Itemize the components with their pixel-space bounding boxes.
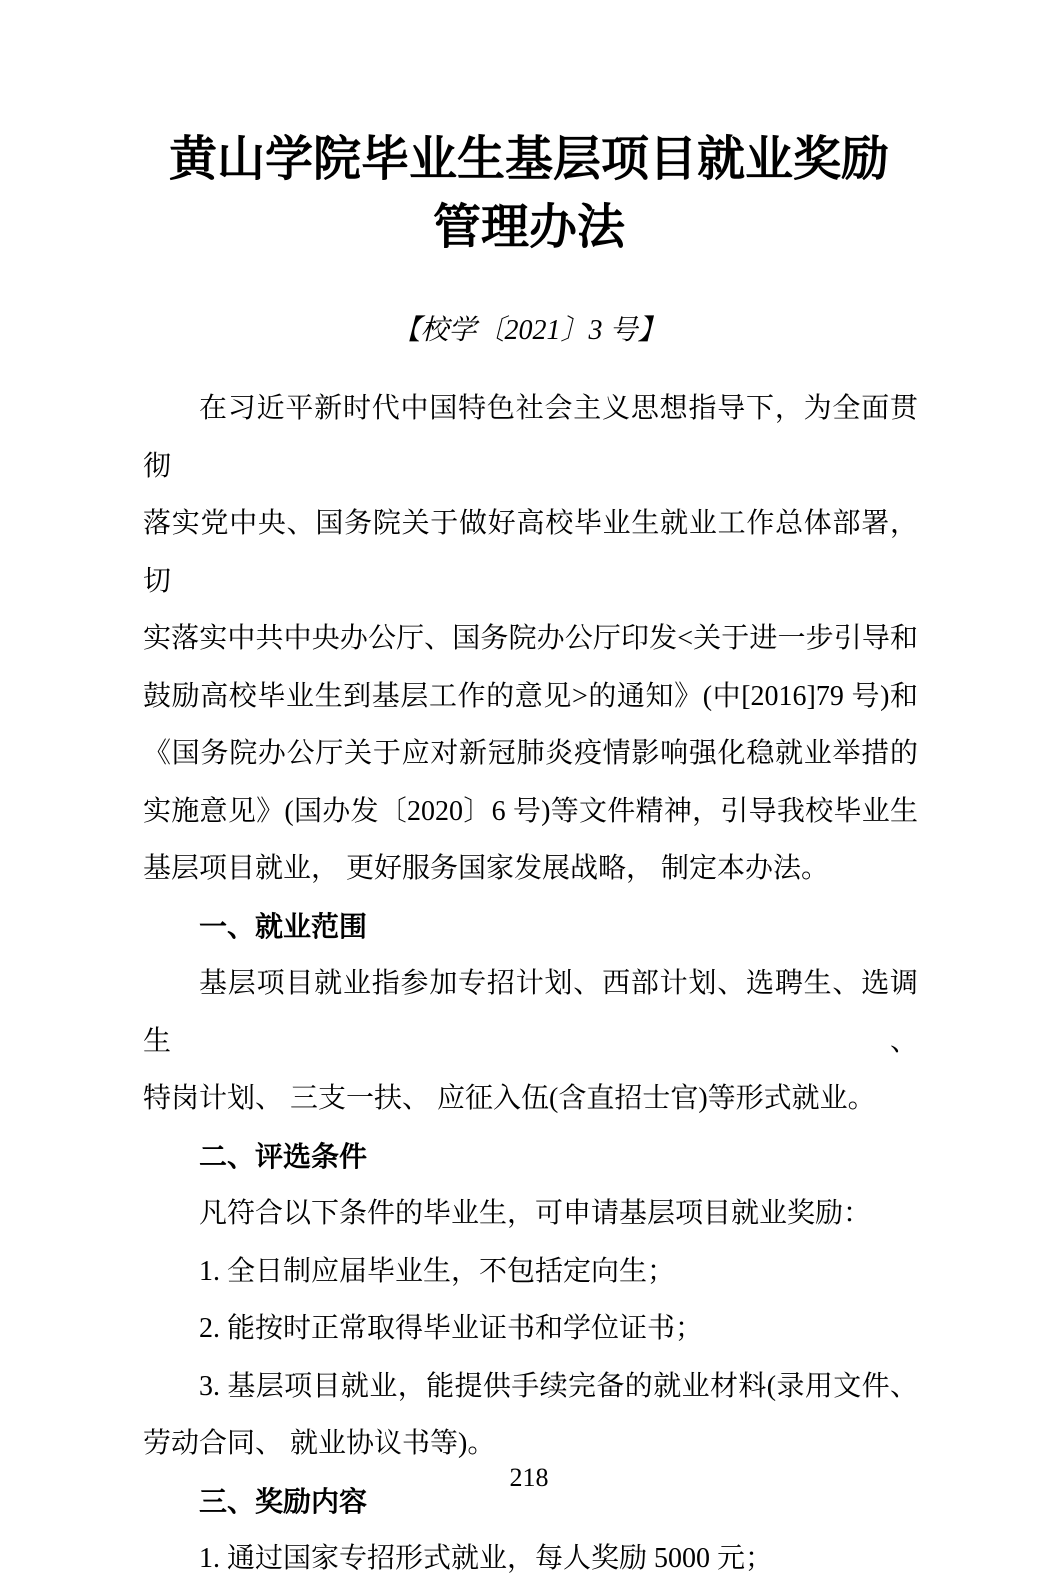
body-line: 基层项目就业， 更好服务国家发展战略， 制定本办法。 [143, 840, 918, 898]
body-line: 特岗计划、 三支一扶、 应征入伍(含直招士官)等形式就业。 [143, 1070, 918, 1128]
body-line: 基层项目就业指参加专招计划、西部计划、选聘生、选调生、 [143, 955, 918, 1070]
body-line: 鼓励高校毕业生到基层工作的意见>的通知》(中[2016]79 号)和 [143, 668, 918, 726]
body-line: 《国务院办公厅关于应对新冠肺炎疫情影响强化稳就业举措的 [143, 725, 918, 783]
body-line: 在习近平新时代中国特色社会主义思想指导下，为全面贯彻 [143, 380, 918, 495]
body-line: 3. 基层项目就业，能提供手续完备的就业材料(录用文件、 [143, 1358, 918, 1416]
body-line: 1. 全日制应届毕业生，不包括定向生； [143, 1243, 918, 1301]
body-line: 1. 通过国家专招形式就业，每人奖励 5000 元； [143, 1530, 918, 1588]
page-title-line2: 管理办法 [70, 194, 988, 262]
document-body: 在习近平新时代中国特色社会主义思想指导下，为全面贯彻落实党中央、国务院关于做好高… [143, 380, 918, 1588]
body-line: 凡符合以下条件的毕业生，可申请基层项目就业奖励： [143, 1185, 918, 1243]
document-number: 【校学〔2021〕3 号】 [0, 311, 1058, 351]
body-line: 2. 能按时正常取得毕业证书和学位证书； [143, 1300, 918, 1358]
page-number: 218 [0, 1462, 1058, 1494]
page-title-line1: 黄山学院毕业生基层项目就业奖励 [70, 126, 988, 194]
section-heading: 二、评选条件 [143, 1128, 918, 1186]
body-line: 落实党中央、国务院关于做好高校毕业生就业工作总体部署，切 [143, 495, 918, 610]
document-page: 黄山学院毕业生基层项目就业奖励 管理办法 【校学〔2021〕3 号】 在习近平新… [0, 0, 1058, 1588]
page-title: 黄山学院毕业生基层项目就业奖励 管理办法 [70, 126, 988, 262]
body-line: 实施意见》(国办发〔2020〕6 号)等文件精神，引导我校毕业生 [143, 783, 918, 841]
body-line: 实落实中共中央办公厅、国务院办公厅印发<关于进一步引导和 [143, 610, 918, 668]
section-heading: 一、就业范围 [143, 898, 918, 956]
